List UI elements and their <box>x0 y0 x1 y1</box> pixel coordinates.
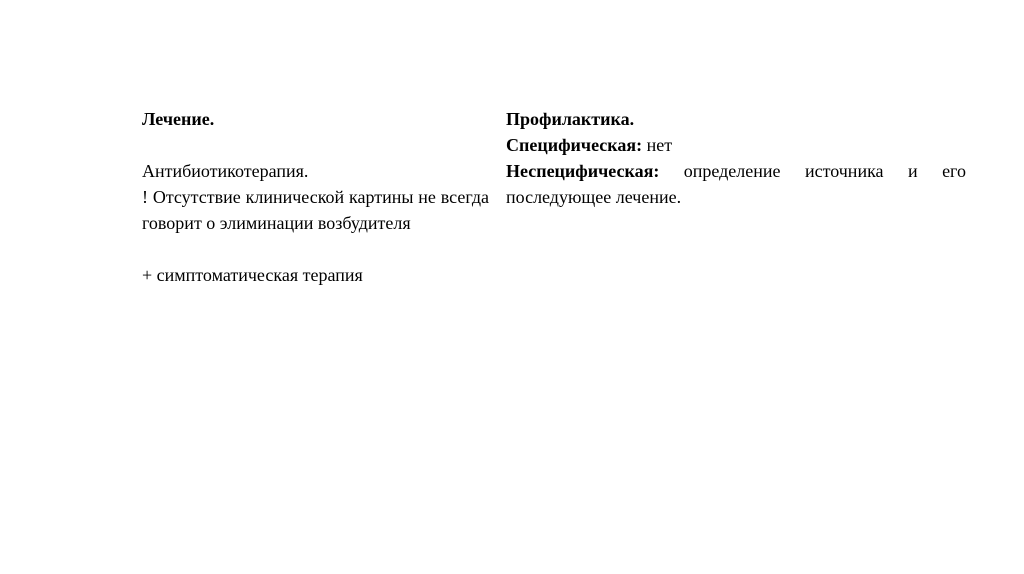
treatment-heading: Лечение. <box>142 106 489 132</box>
specific-label: Специфическая: <box>506 135 642 155</box>
specific-value: нет <box>642 135 672 155</box>
specific-prevention: Специфическая: нет <box>506 132 966 158</box>
nonspecific-prevention: Неспецифическая: определение источника и… <box>506 158 966 210</box>
antibiotic-therapy: Антибиотикотерапия. <box>142 158 489 184</box>
prevention-column: Профилактика. Специфическая: нет Неспеци… <box>506 106 966 210</box>
nonspecific-label: Неспецифическая: <box>506 161 659 181</box>
elimination-note: ! Отсутствие клинической картины не всег… <box>142 184 489 236</box>
prevention-heading: Профилактика. <box>506 106 966 132</box>
symptomatic-therapy: + симптоматическая терапия <box>142 262 489 288</box>
treatment-column: Лечение. Антибиотикотерапия. ! Отсутстви… <box>142 106 489 288</box>
